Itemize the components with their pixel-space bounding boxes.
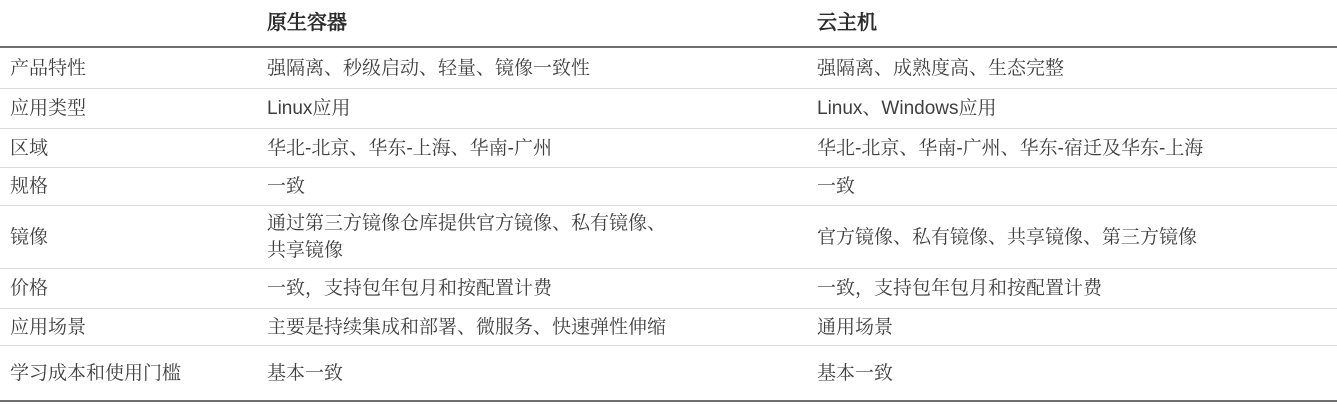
table-row-application-type: 应用类型 Linux应用 Linux、Windows应用 [0,88,1337,128]
column-header-cloud-host: 云主机 [817,10,1337,37]
attribute-cell: 应用场景 [10,314,267,341]
attribute-cell: 镜像 [10,224,267,251]
attribute-cell: 应用类型 [10,95,267,122]
cloud-host-cell: 华北-北京、华南-广州、华东-宿迁及华东-上海 [817,135,1337,162]
native-container-cell: 基本一致 [267,360,817,387]
table-row-use-case: 应用场景 主要是持续集成和部署、微服务、快速弹性伸缩 通用场景 [0,308,1337,345]
native-container-cell: 华北-北京、华东-上海、华南-广州 [267,135,817,162]
attribute-cell: 产品特性 [10,55,267,82]
table-header-row: 原生容器 云主机 [0,0,1337,48]
cloud-host-cell: 基本一致 [817,360,1337,387]
native-container-cell: 强隔离、秒级启动、轻量、镜像一致性 [267,55,817,82]
cloud-host-cell: Linux、Windows应用 [817,95,1337,122]
table-row-learning-cost: 学习成本和使用门槛 基本一致 基本一致 [0,345,1337,400]
cloud-host-cell: 一致，支持包年包月和按配置计费 [817,275,1337,302]
native-container-cell: 一致 [267,173,817,200]
cloud-host-cell: 官方镜像、私有镜像、共享镜像、第三方镜像 [817,224,1337,251]
table-row-specification: 规格 一致 一致 [0,167,1337,205]
attribute-cell: 区域 [10,135,267,162]
cloud-host-cell: 一致 [817,173,1337,200]
native-container-cell: 主要是持续集成和部署、微服务、快速弹性伸缩 [267,314,817,341]
column-header-native-container: 原生容器 [267,10,817,37]
comparison-table: 原生容器 云主机 产品特性 强隔离、秒级启动、轻量、镜像一致性 强隔离、成熟度高… [0,0,1337,402]
attribute-cell: 学习成本和使用门槛 [10,360,267,387]
table-row-price: 价格 一致，支持包年包月和按配置计费 一致，支持包年包月和按配置计费 [0,268,1337,308]
table-row-product-features: 产品特性 强隔离、秒级启动、轻量、镜像一致性 强隔离、成熟度高、生态完整 [0,48,1337,88]
native-container-cell: 通过第三方镜像仓库提供官方镜像、私有镜像、 共享镜像 [267,210,817,264]
cloud-host-cell: 强隔离、成熟度高、生态完整 [817,55,1337,82]
attribute-cell: 规格 [10,173,267,200]
table-row-image: 镜像 通过第三方镜像仓库提供官方镜像、私有镜像、 共享镜像 官方镜像、私有镜像、… [0,205,1337,268]
native-container-cell: 一致，支持包年包月和按配置计费 [267,275,817,302]
cloud-host-cell: 通用场景 [817,314,1337,341]
native-container-cell: Linux应用 [267,95,817,122]
table-row-region: 区域 华北-北京、华东-上海、华南-广州 华北-北京、华南-广州、华东-宿迁及华… [0,128,1337,167]
attribute-cell: 价格 [10,275,267,302]
